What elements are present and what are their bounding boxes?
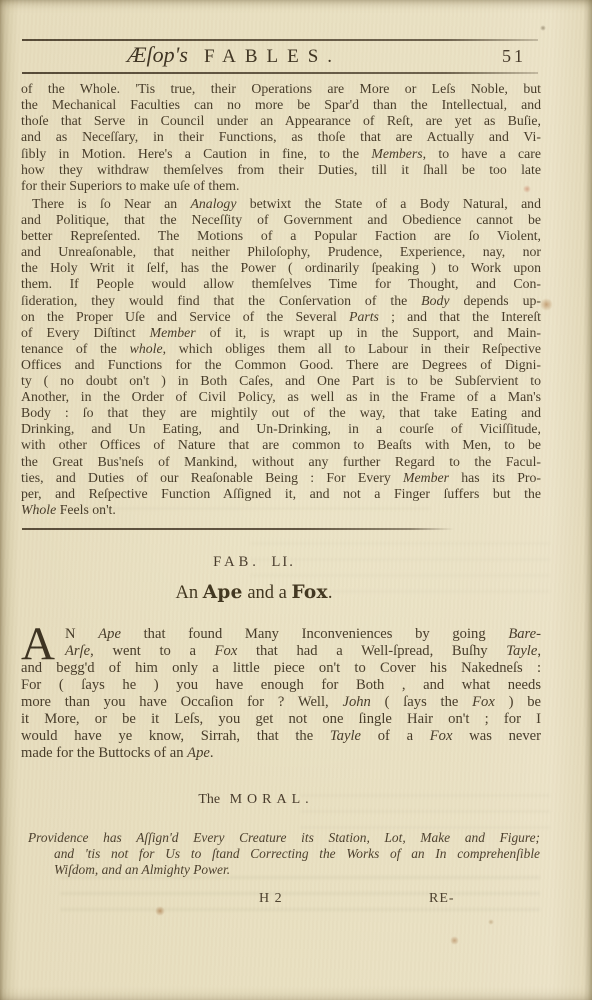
text-line: Drinking, and Un Eating, and Un-Drinking… <box>21 421 541 437</box>
text-line: would have ye know, Sirrah, that the Tay… <box>21 728 541 745</box>
moral-heading-word: MORAL. <box>230 792 314 807</box>
fable-text: A N Ape that found Many Inconveniences b… <box>21 626 541 762</box>
text-line: more than you have Occaſion for ? Well, … <box>21 694 541 711</box>
foxing-spot <box>540 25 546 31</box>
text-line: There is ſo Near an Analogy betwixt the … <box>21 196 541 212</box>
text-line: For ( ſays he ) you have enough for Both… <box>21 677 541 694</box>
text-line: per, and Reſpective Function Aſſigned it… <box>21 486 541 502</box>
fable-lines: N Ape that found Many Inconveniences by … <box>21 626 541 762</box>
foxing-spot <box>488 919 494 925</box>
text-line: with other Offices of Nature that are co… <box>21 437 541 453</box>
header-rule-bottom <box>22 72 538 74</box>
moral-text: Providence has Aſſign'd Every Creature i… <box>28 830 540 879</box>
text-line: of Every Diſtinct Member of it, is wrapt… <box>21 325 541 341</box>
text-line: and Politique, that the Neceſſity of Gov… <box>21 212 541 228</box>
text-line: made for the Buttocks of an Ape. <box>21 745 541 762</box>
signature-mark: H 2 <box>259 891 283 907</box>
moral-heading-the: The <box>198 792 220 807</box>
text-line: Providence has Aſſign'd Every Creature i… <box>28 830 540 846</box>
running-title-author: Æſop's <box>127 42 188 67</box>
text-line: the Great Bus'neſs of Mankind, without a… <box>21 454 541 470</box>
text-line: tenance of the whole, which obliges them… <box>21 341 541 357</box>
text-line: them. If People would allow themſelves T… <box>21 276 541 292</box>
catchword: RE- <box>429 891 455 907</box>
text-line: ties, and Duties of our Reaſonable Being… <box>21 470 541 486</box>
text-line: N Ape that found Many Inconveniences by … <box>21 626 541 643</box>
text-line: Wiſdom, and an Almighty Power. <box>28 862 540 878</box>
text-line: Whole Feels on't. <box>21 502 541 518</box>
moral-heading: The MORAL. <box>21 792 491 808</box>
text-line: ty ( no doubt on't ) in Both Caſes, and … <box>21 373 541 389</box>
text-line: it More, or be it Leſs, you get not one … <box>21 711 541 728</box>
fable-number-heading: FAB. LI. <box>21 554 487 571</box>
text-line: and 'tis not for Us to ſtand Correcting … <box>28 846 540 862</box>
text-line: and Unreaſonable, that neither Philoſoph… <box>21 244 541 260</box>
text-line: how they withdraw themſelves from their … <box>21 162 541 178</box>
text-line: Offices and Functions for the Common Goo… <box>21 357 541 373</box>
foxing-spot <box>450 936 459 945</box>
fable-label: FAB. <box>213 554 260 570</box>
text-line: thoſe that Serve in Council under an App… <box>21 113 541 129</box>
paragraph-1: of the Whole. 'Tis true, their Operation… <box>21 81 541 194</box>
bleed-through <box>60 876 540 912</box>
section-rule <box>22 528 454 530</box>
page-number: 51 <box>502 46 526 67</box>
text-line: better Repreſented. The Motions of a Pop… <box>21 228 541 244</box>
page-header: Æſop's FABLES. 51 <box>21 42 561 72</box>
text-line: Arſe, went to a Fox that had a Well-ſpre… <box>21 643 541 660</box>
fable-title: An Ape and a Fox. <box>21 582 487 604</box>
text-line: on the Proper Uſe and Service of the Sev… <box>21 309 541 325</box>
paragraph-2: There is ſo Near an Analogy betwixt the … <box>21 196 541 518</box>
text-line: and begg'd of him only a little piece on… <box>21 660 541 677</box>
running-title: Æſop's FABLES. <box>127 42 341 68</box>
fable-roman-numeral: LI. <box>272 554 295 570</box>
header-rule-top <box>22 39 538 41</box>
text-line: Body : ſo that they are mightily out of … <box>21 405 541 421</box>
book-page-scan: Æſop's FABLES. 51 of the Whole. 'Tis tru… <box>0 0 592 1000</box>
running-title-caps: FABLES. <box>204 46 341 67</box>
text-line: ſibly in Motion. Here's a Caution in fin… <box>21 146 541 162</box>
text-line: for their Superiors to make uſe of them. <box>21 178 541 194</box>
text-line: the Mechanical Faculties can no more be … <box>21 97 541 113</box>
text-line: of the Whole. 'Tis true, their Operation… <box>21 81 541 97</box>
text-line: the Holy Writ it ſelf, has the Power ( o… <box>21 260 541 276</box>
text-line: Another, in the Order of Civil Policy, a… <box>21 389 541 405</box>
text-line: ſideration, they would find that the Con… <box>21 293 541 309</box>
foxing-spot <box>540 298 553 311</box>
text-line: and as Neceſſary, in their Functions, as… <box>21 129 541 145</box>
drop-cap: A <box>21 626 65 659</box>
foxing-spot <box>155 906 165 916</box>
